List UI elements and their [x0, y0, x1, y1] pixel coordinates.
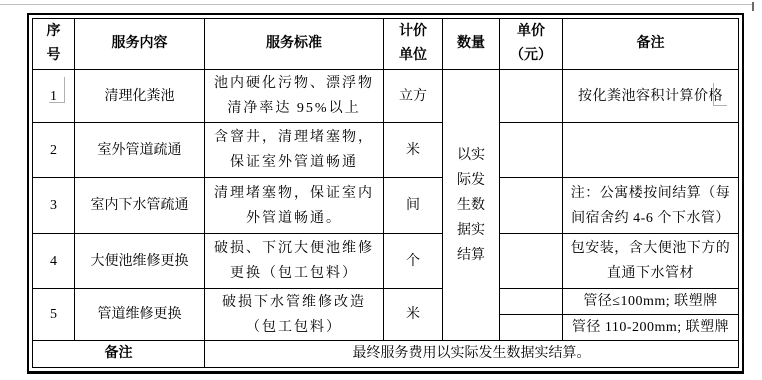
row3-service-content: 室内下水管疏通: [75, 178, 205, 234]
row4-unit-price: [500, 234, 563, 289]
row5a-remarks: 管径≤100mm; 联塑牌: [563, 289, 739, 315]
row2-remarks: [563, 123, 739, 178]
row3-pricing-unit: 间: [384, 178, 443, 234]
row1-remarks: 按化粪池容积计算价格: [563, 70, 739, 123]
row1-service-content: 清理化粪池: [75, 70, 205, 123]
table-row: 4 大便池维修更换 破损、下沉大便池维修 更换（包工包料） 个 包安装，含大便池…: [33, 234, 739, 289]
row4-service-standard: 破损、下沉大便池维修 更换（包工包料）: [205, 234, 384, 289]
row3-serial-no: 3: [33, 178, 75, 234]
header-unit-price: 单价 （元）: [500, 19, 563, 70]
header-row: 序 号 服务内容 服务标准 计价 单位 数量 单价 （元） 备注: [33, 19, 739, 70]
row5b-remarks: 管径 110-200mm; 联塑牌: [563, 315, 739, 341]
row4-pricing-unit: 个: [384, 234, 443, 289]
row2-service-content: 室外管道疏通: [75, 123, 205, 178]
row3-unit-price: [500, 178, 563, 234]
row2-service-standard: 含窨井，清理堵塞物， 保证室外管道畅通: [205, 123, 384, 178]
header-quantity: 数量: [443, 19, 500, 70]
row2-unit-price: [500, 123, 563, 178]
row3-service-standard: 清理堵塞物，保证室内 外管道畅通。: [205, 178, 384, 234]
document-page: 序 号 服务内容 服务标准 计价 单位 数量 单价 （元） 备注 1 清理化粪池…: [0, 0, 762, 380]
table-row: 5 管道维修更换 破损下水管维修改造 （包工包料） 米 管径≤100mm; 联塑…: [33, 289, 739, 315]
row4-service-content: 大便池维修更换: [75, 234, 205, 289]
header-service-content: 服务内容: [75, 19, 205, 70]
row1-serial-no: 1: [33, 70, 75, 123]
header-pricing-unit: 计价 单位: [384, 19, 443, 70]
service-table-frame: 序 号 服务内容 服务标准 计价 单位 数量 单价 （元） 备注 1 清理化粪池…: [27, 13, 744, 374]
header-service-standard: 服务标准: [205, 19, 384, 70]
row5-service-standard: 破损下水管维修改造 （包工包料）: [205, 289, 384, 341]
footer-remarks-label: 备注: [33, 341, 205, 368]
header-serial-no: 序 号: [33, 19, 75, 70]
table-row: 2 室外管道疏通 含窨井，清理堵塞物， 保证室外管道畅通 米: [33, 123, 739, 178]
page-edge-tick: [752, 2, 754, 11]
row1-unit-price: [500, 70, 563, 123]
row2-pricing-unit: 米: [384, 123, 443, 178]
row2-serial-no: 2: [33, 123, 75, 178]
table-row: 3 室内下水管疏通 清理堵塞物，保证室内 外管道畅通。 间 注：公寓楼按间结算（…: [33, 178, 739, 234]
row5-service-content: 管道维修更换: [75, 289, 205, 341]
footer-row: 备注 最终服务费用以实际发生数据实结算。: [33, 341, 739, 368]
row4-serial-no: 4: [33, 234, 75, 289]
row4-remarks: 包安装，含大便池下方的 直通下水管材: [563, 234, 739, 289]
row5b-unit-price: [500, 315, 563, 341]
row3-remarks: 注：公寓楼按间结算（每 间宿舍约 4-6 个下水管）: [563, 178, 739, 234]
row5-pricing-unit: 米: [384, 289, 443, 341]
table-row: 1 清理化粪池 池内硬化污物、漂浮物 清净率达 95%以上 立方 以实 际发 生…: [33, 70, 739, 123]
row1-service-standard: 池内硬化污物、漂浮物 清净率达 95%以上: [205, 70, 384, 123]
quantity-merged-cell: 以实 际发 生数 据实 结算: [443, 70, 500, 341]
row5a-unit-price: [500, 289, 563, 315]
row1-pricing-unit: 立方: [384, 70, 443, 123]
row5-serial-no: 5: [33, 289, 75, 341]
service-price-table: 序 号 服务内容 服务标准 计价 单位 数量 单价 （元） 备注 1 清理化粪池…: [32, 18, 739, 368]
header-remarks: 备注: [563, 19, 739, 70]
page-edge-line: [0, 4, 753, 5]
footer-remarks-text: 最终服务费用以实际发生数据实结算。: [205, 341, 739, 368]
